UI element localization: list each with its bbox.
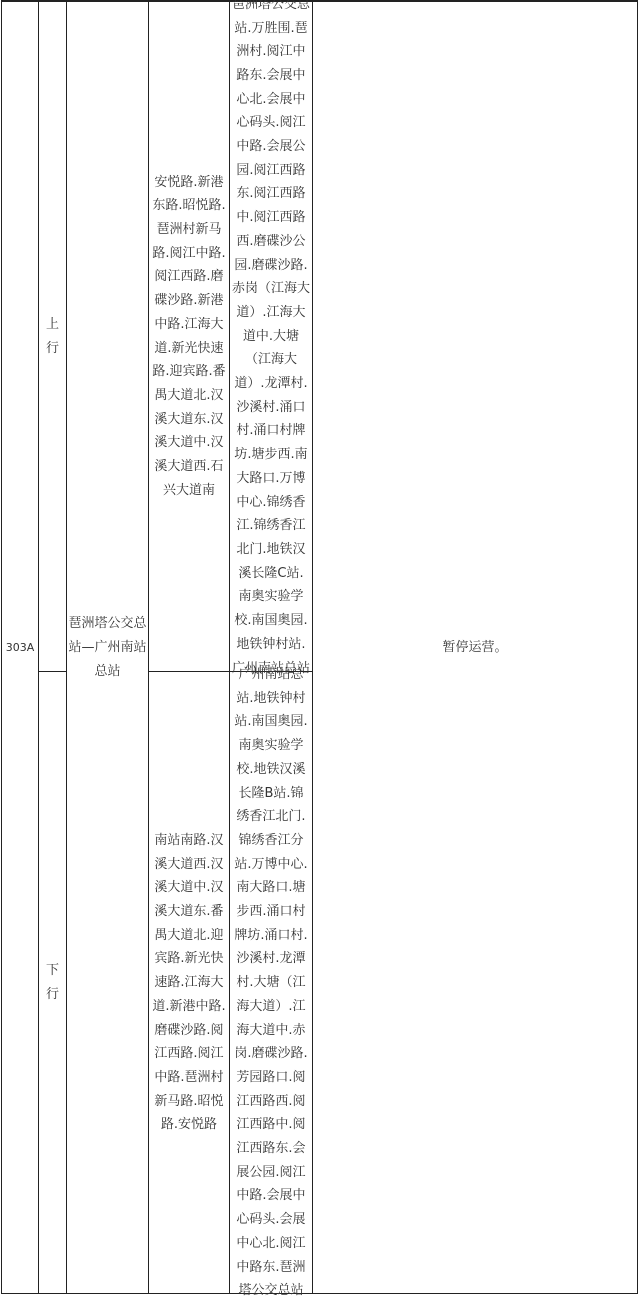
- direction-label-up: 上行: [46, 313, 60, 360]
- route-table: 303A 上行 下行 琶洲塔公交总站—广州南站总站 安悦路.新港东路.昭悦路.琶…: [1, 0, 638, 1294]
- direction-cell-up: 上行: [39, 2, 66, 671]
- terminals-cell: 琶洲塔公交总站—广州南站总站: [67, 2, 148, 1294]
- status-note: 暂停运营。: [442, 636, 507, 660]
- route-terminals: 琶洲塔公交总站—广州南站总站: [69, 612, 147, 683]
- status-cell: 暂停运营。: [313, 2, 637, 1294]
- direction-label-down: 下行: [46, 959, 60, 1006]
- stops-down: 广州南站总站.地铁钟村站.南国奥园.南奥实验学校.地铁汉溪长隆B站.锦绣香江北门…: [232, 663, 310, 1301]
- roads-cell-down: 南站南路.汉溪大道西.汉溪大道中.汉溪大道东.番禺大道北.迎宾路.新光快速路.江…: [149, 672, 229, 1294]
- roads-up: 安悦路.新港东路.昭悦路.琶洲村新马路.阅江中路.阅江西路.磨碟沙路.新港中路.…: [150, 171, 228, 503]
- roads-cell-up: 安悦路.新港东路.昭悦路.琶洲村新马路.阅江中路.阅江西路.磨碟沙路.新港中路.…: [149, 2, 229, 671]
- direction-cell-down: 下行: [39, 672, 66, 1294]
- route-number: 303A: [6, 636, 35, 660]
- stops-up: 琶洲塔公交总站.万胜围.琶洲村.阅江中路东.会展中心北.会展中心码头.阅江中路.…: [232, 0, 310, 680]
- stops-cell-down: 广州南站总站.地铁钟村站.南国奥园.南奥实验学校.地铁汉溪长隆B站.锦绣香江北门…: [230, 672, 312, 1294]
- stops-cell-up: 琶洲塔公交总站.万胜围.琶洲村.阅江中路东.会展中心北.会展中心码头.阅江中路.…: [230, 2, 312, 671]
- route-number-cell: 303A: [2, 2, 38, 1294]
- roads-down: 南站南路.汉溪大道西.汉溪大道中.汉溪大道东.番禺大道北.迎宾路.新光快速路.江…: [150, 829, 228, 1137]
